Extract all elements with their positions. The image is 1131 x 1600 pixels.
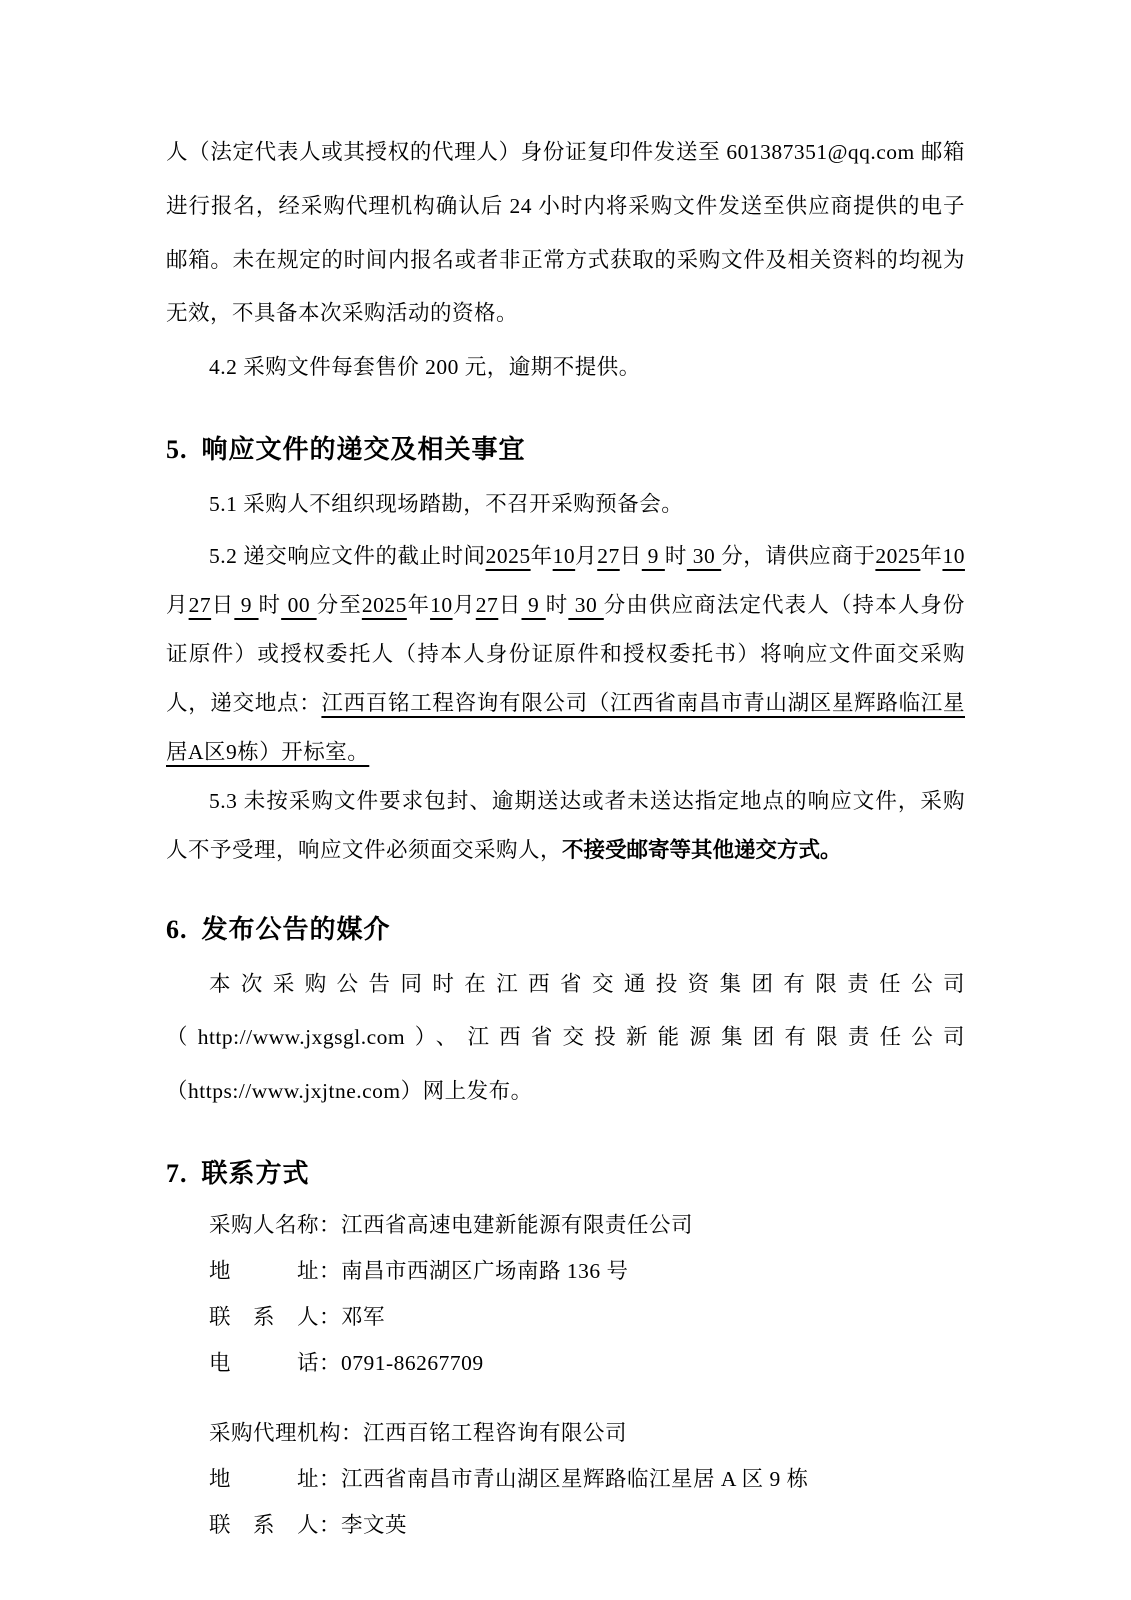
clause-4-2: 4.2 采购文件每套售价 200 元，逾期不提供。 [166,341,965,395]
contact-label: 地 址： [209,1467,341,1491]
text-segment: 00 [281,593,316,617]
text-segment: 27 [189,593,212,617]
section-5-title: 响应文件的递交及相关事宜 [202,434,526,464]
contact-row-purchaser-name: 采购人名称：江西省高速电建新能源有限责任公司 [209,1202,965,1248]
section-7-number: 7. [166,1159,188,1189]
text-segment: 年 [531,544,553,568]
section-6-title: 发布公告的媒介 [202,914,391,944]
text-segment: 10 [942,544,965,568]
contact-label: 采购代理机构： [209,1421,363,1445]
paragraph-registration-continuation: 人（法定代表人或其授权的代理人）身份证复印件发送至 601387351@qq.c… [166,126,965,341]
text-segment: 人（法定代表人或其授权的代理人）身份证复印件发送至 601387351@qq.c… [166,140,965,325]
contact-value: 江西省高速电建新能源有限责任公司 [341,1213,693,1237]
contact-label: 采购人名称： [209,1213,341,1237]
contact-value: 江西省南昌市青山湖区星辉路临江星居 A 区 9 栋 [341,1467,809,1491]
text-segment: 10 [430,593,453,617]
contact-row-purchaser-person: 联 系 人：邓军 [209,1294,965,1340]
contact-value: 0791-86267709 [341,1351,484,1375]
contact-row-purchaser-phone: 电 话：0791-86267709 [209,1340,965,1386]
text-segment: 5.1 采购人不组织现场踏勘，不召开采购预备会。 [209,492,683,516]
text-segment: 日 [211,593,234,617]
text-segment: 年 [407,593,430,617]
text-segment: 9 [642,544,665,568]
section-5-number: 5. [166,435,188,465]
paragraph-announcement-media: 本次采购公告同时在江西省交通投资集团有限责任公司（http://www.jxgs… [166,958,965,1119]
section-5-heading: 5.响应文件的递交及相关事宜 [166,429,965,466]
contact-label: 联 系 人： [209,1305,341,1329]
text-segment: 年 [920,544,942,568]
contact-label: 电 话： [209,1351,341,1375]
text-segment: 2025 [362,593,407,617]
text-segment: 时 [546,593,569,617]
text-segment: 4.2 采购文件每套售价 200 元，逾期不提供。 [209,355,641,379]
clause-5-3: 5.3 未按采购文件要求包封、逾期送达或者未送达指定地点的响应文件，采购人不予受… [166,777,965,875]
contact-value: 邓军 [341,1305,385,1329]
text-segment: 2025 [486,544,531,568]
clause-5-2: 5.2 递交响应文件的截止时间2025年10月27日 9 时 30 分，请供应商… [166,532,965,777]
section-7-heading: 7.联系方式 [166,1153,965,1190]
text-segment: 分，请供应商于 [721,544,875,568]
section-7-title: 联系方式 [202,1158,310,1188]
text-segment: 不接受邮寄等其他递交方式。 [562,838,842,862]
text-segment: 10 [553,544,576,568]
text-segment: 时 [665,544,687,568]
contact-value: 南昌市西湖区广场南路 136 号 [341,1259,629,1283]
contact-row-agency-name: 采购代理机构：江西百铭工程咨询有限公司 [209,1410,965,1456]
section-6-heading: 6.发布公告的媒介 [166,909,965,946]
text-segment: 分至 [317,593,362,617]
text-segment: 时 [259,593,282,617]
clause-5-1: 5.1 采购人不组织现场踏勘，不召开采购预备会。 [166,478,965,532]
contact-row-purchaser-address: 地 址：南昌市西湖区广场南路 136 号 [209,1248,965,1294]
text-segment: 9 [522,593,546,617]
document-page: 人（法定代表人或其授权的代理人）身份证复印件发送至 601387351@qq.c… [0,0,1131,1600]
text-segment: 30 [687,544,721,568]
text-segment: 27 [597,544,620,568]
contact-label: 联 系 人： [209,1513,341,1537]
text-segment: 30 [568,593,603,617]
section-6-number: 6. [166,915,188,945]
text-segment: 5.2 递交响应文件的截止时间 [209,544,486,568]
text-segment: 本次采购公告同时在江西省交通投资集团有限责任公司（http://www.jxgs… [166,972,965,1104]
contact-row-agency-address: 地 址：江西省南昌市青山湖区星辉路临江星居 A 区 9 栋 [209,1456,965,1502]
text-segment: 2025 [875,544,920,568]
contact-value: 李文英 [341,1513,407,1537]
text-segment: 月 [166,593,189,617]
contact-label: 地 址： [209,1259,341,1283]
text-segment: 月 [453,593,476,617]
contact-value: 江西百铭工程咨询有限公司 [363,1421,627,1445]
text-segment: 27 [476,593,499,617]
text-segment: 9 [234,593,258,617]
text-segment: 日 [620,544,642,568]
text-segment: 月 [575,544,597,568]
text-segment: 日 [498,593,521,617]
contact-row-agency-person: 联 系 人：李文英 [209,1502,965,1548]
contact-info-block: 采购人名称：江西省高速电建新能源有限责任公司 地 址：南昌市西湖区广场南路 13… [166,1202,965,1548]
